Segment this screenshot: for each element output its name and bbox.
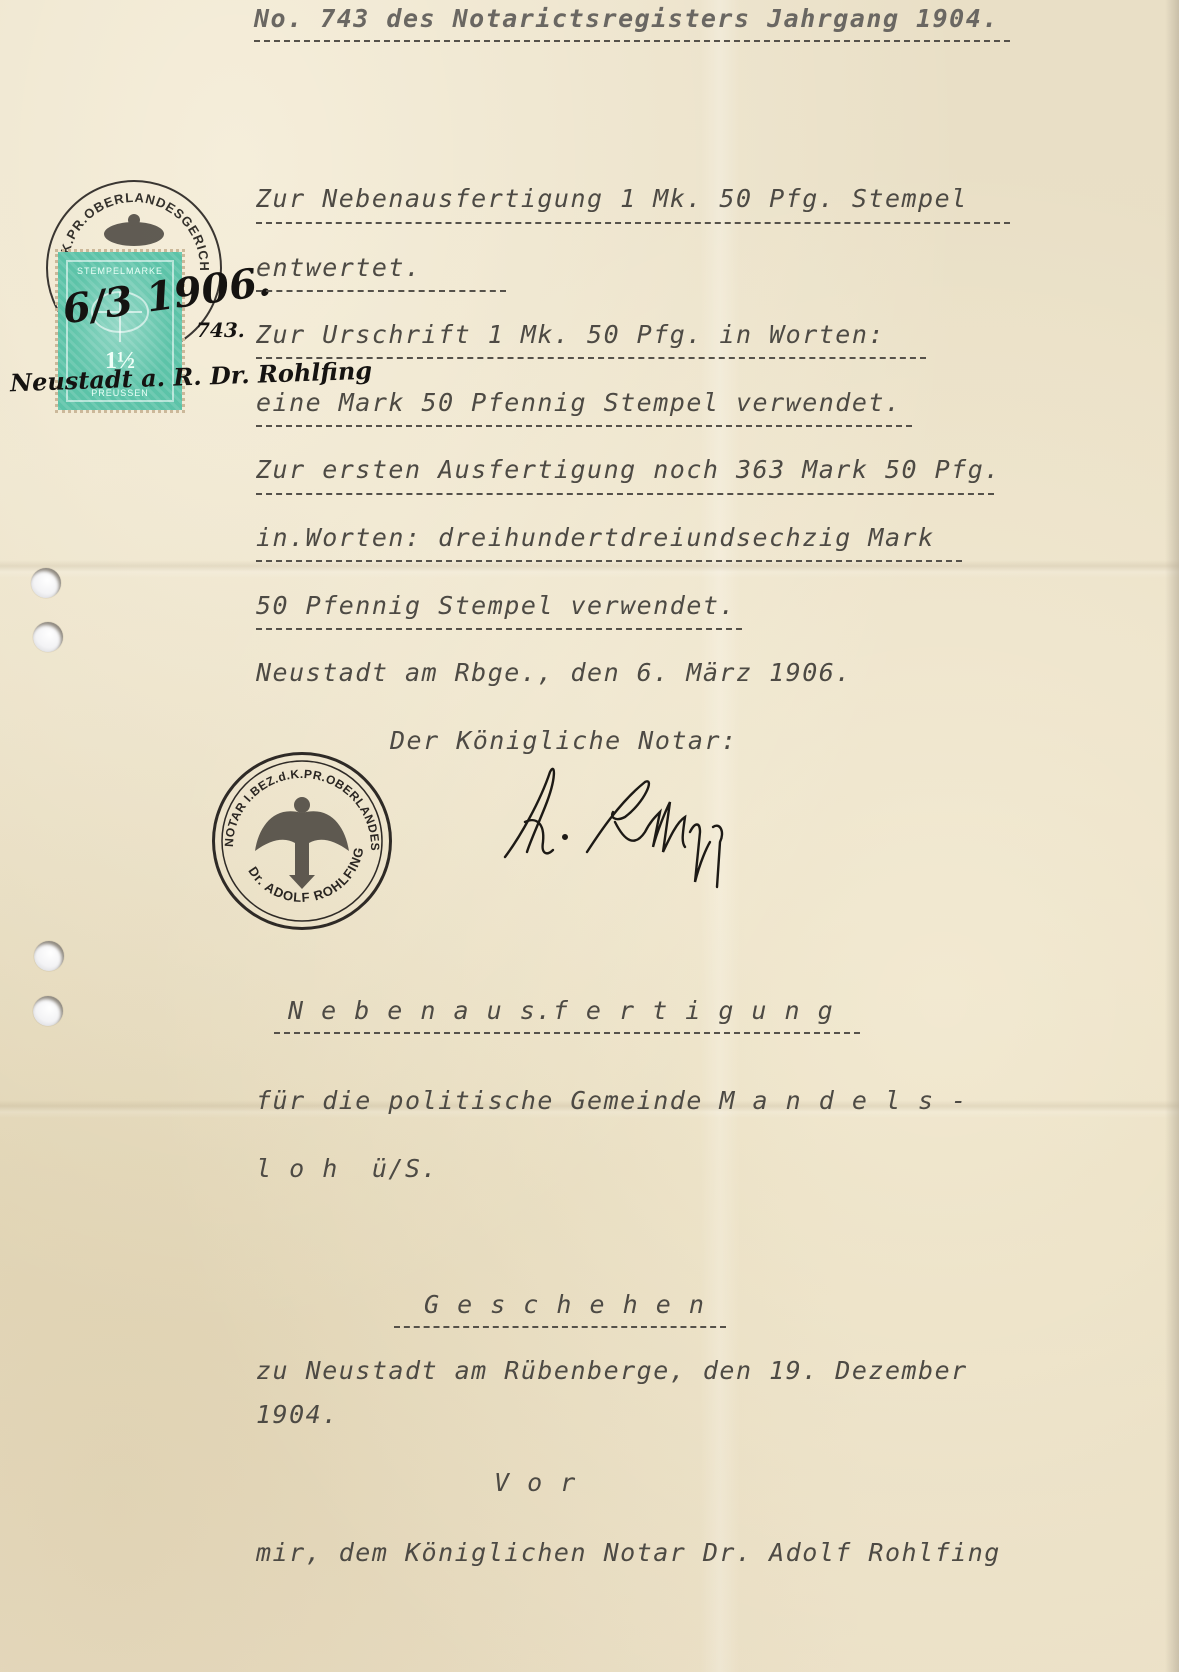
geschehen-title: G e s c h e h e n (424, 1290, 705, 1319)
geschehen-line: 1904. (256, 1400, 339, 1429)
eagle-icon (104, 214, 164, 246)
duty-underline (256, 560, 962, 562)
section-title: N e b e n a u s.f e r t i g u n g (288, 996, 834, 1025)
duty-line: Zur ersten Ausfertigung noch 363 Mark 50… (256, 455, 1001, 484)
duty-line: entwertet. (256, 253, 422, 282)
register-header: No. 743 des Notarictsregisters Jahrgang … (254, 4, 999, 33)
paper-edge (1165, 0, 1179, 1672)
notary-signature: Dr. Rohlfing (495, 762, 755, 892)
notary-label: Der Königliche Notar: (390, 726, 738, 755)
punch-hole (34, 941, 64, 971)
recipient-line: l o h ü/S. (256, 1154, 438, 1183)
duty-underline (256, 425, 912, 427)
duty-underline (256, 222, 1010, 224)
duty-line: eine Mark 50 Pfennig Stempel verwendet. (256, 388, 902, 417)
vor-title: V o r (494, 1468, 577, 1497)
stamp-cancel-regno: 743. (196, 318, 245, 342)
duty-underline (256, 357, 926, 359)
duty-underline (256, 290, 506, 292)
geschehen-line: zu Neustadt am Rübenberge, den 19. Dezem… (256, 1356, 968, 1385)
header-underline (254, 40, 1010, 42)
paper-fold (0, 560, 1179, 578)
punch-hole (31, 568, 61, 598)
punch-hole (33, 622, 63, 652)
place-date: Neustadt am Rbge., den 6. März 1906. (256, 658, 852, 687)
section-title-underline (274, 1032, 860, 1034)
punch-hole (33, 996, 63, 1026)
notary-seal: NOTAR I.BEZ.d.K.PR.OBERLANDESGERICHTSZUC… (212, 752, 392, 930)
duty-line: Zur Urschrift 1 Mk. 50 Pfg. in Worten: (256, 320, 885, 349)
duty-line: Zur Nebenausfertigung 1 Mk. 50 Pfg. Stem… (256, 184, 968, 213)
eagle-icon (255, 797, 349, 889)
recipient-line: für die politische Gemeinde M a n d e l … (256, 1086, 968, 1115)
final-line: mir, dem Königlichen Notar Dr. Adolf Roh… (256, 1538, 1001, 1567)
duty-underline (256, 628, 742, 630)
duty-line: in.Worten: dreihundertdreiundsechzig Mar… (256, 523, 935, 552)
geschehen-underline (394, 1326, 726, 1328)
duty-underline (256, 493, 994, 495)
duty-line: 50 Pfennig Stempel verwendet. (256, 591, 736, 620)
